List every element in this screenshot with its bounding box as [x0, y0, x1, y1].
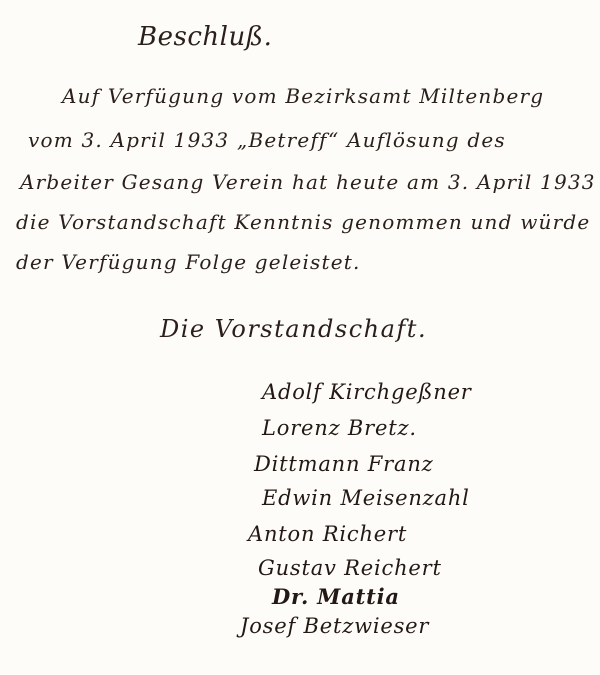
body-line: die Vorstandschaft Kenntnis genommen und…	[16, 210, 590, 234]
signature: Josef Betzwieser	[240, 614, 429, 638]
signature: Lorenz Bretz.	[262, 416, 417, 440]
closing-line: Die Vorstandschaft.	[160, 315, 427, 343]
body-line: Arbeiter Gesang Verein hat heute am 3. A…	[20, 170, 596, 194]
document-title: Beschluß.	[138, 22, 272, 52]
body-line: Auf Verfügung vom Bezirksamt Miltenberg	[62, 84, 544, 108]
document-page: Beschluß. Auf Verfügung vom Bezirksamt M…	[0, 0, 600, 675]
body-line: vom 3. April 1933 „Betreff“ Auflösung de…	[28, 128, 506, 152]
signature: Dr. Mattia	[272, 584, 400, 609]
signature: Edwin Meisenzahl	[262, 486, 470, 510]
signature: Dittmann Franz	[254, 452, 434, 476]
signature: Adolf Kirchgeßner	[262, 380, 472, 404]
body-line: der Verfügung Folge geleistet.	[16, 250, 361, 274]
signature: Gustav Reichert	[258, 556, 442, 580]
signature: Anton Richert	[248, 522, 407, 546]
